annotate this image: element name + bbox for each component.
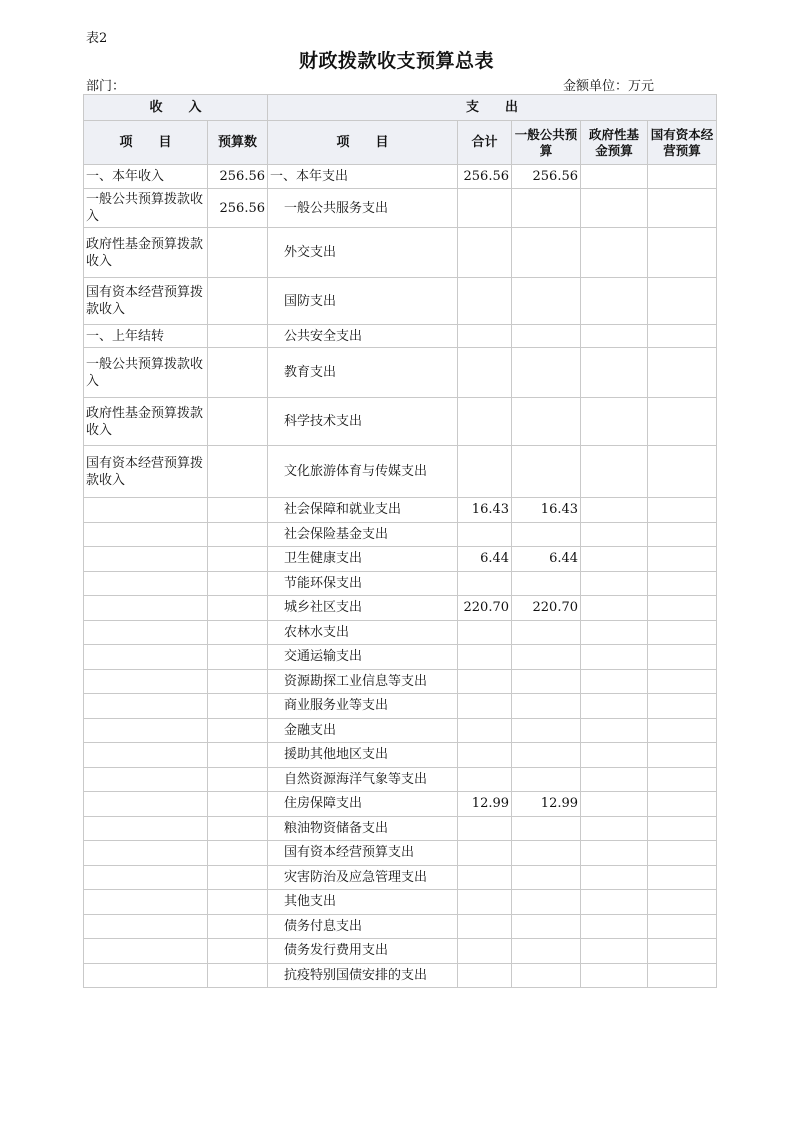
income-item-cell	[84, 547, 208, 572]
state-capital-cell	[648, 865, 717, 890]
expense-item-cell: 社会保障和就业支出	[268, 498, 458, 523]
table-row: 国有资本经营预算支出	[84, 841, 717, 866]
income-budget-cell	[208, 865, 268, 890]
general-budget-cell	[512, 669, 581, 694]
state-capital-cell	[648, 669, 717, 694]
gov-fund-cell	[581, 189, 648, 228]
table-row: 城乡社区支出220.70220.70	[84, 596, 717, 621]
table-row: 一般公共预算拨款收入256.56一般公共服务支出	[84, 189, 717, 228]
income-item-cell	[84, 718, 208, 743]
page-title: 财政拨款收支预算总表	[0, 46, 793, 73]
total-cell	[458, 522, 512, 547]
expense-item-cell: 债务发行费用支出	[268, 939, 458, 964]
table-row: 商业服务业等支出	[84, 694, 717, 719]
gov-fund-cell	[581, 645, 648, 670]
table-row: 抗疫特别国债安排的支出	[84, 963, 717, 988]
general-budget-cell: 12.99	[512, 792, 581, 817]
total-cell	[458, 767, 512, 792]
state-capital-cell	[648, 890, 717, 915]
table-row: 社会保障和就业支出16.4316.43	[84, 498, 717, 523]
state-capital-cell	[648, 547, 717, 572]
expense-item-cell: 住房保障支出	[268, 792, 458, 817]
state-capital-cell	[648, 792, 717, 817]
general-budget-cell	[512, 816, 581, 841]
general-budget-cell: 220.70	[512, 596, 581, 621]
total-cell	[458, 914, 512, 939]
total-cell	[458, 890, 512, 915]
income-item-cell: 一、本年收入	[84, 165, 208, 189]
expense-item-cell: 国防支出	[268, 278, 458, 325]
income-budget-cell	[208, 398, 268, 446]
table-row: 援助其他地区支出	[84, 743, 717, 768]
state-capital-cell	[648, 620, 717, 645]
total-cell	[458, 325, 512, 348]
state-capital-cell	[648, 228, 717, 278]
income-budget-cell	[208, 571, 268, 596]
state-capital-cell	[648, 645, 717, 670]
table-row: 资源勘探工业信息等支出	[84, 669, 717, 694]
col-income-budget: 预算数	[208, 121, 268, 165]
table-row: 社会保险基金支出	[84, 522, 717, 547]
gov-fund-cell	[581, 620, 648, 645]
total-cell: 12.99	[458, 792, 512, 817]
gov-fund-cell	[581, 718, 648, 743]
expense-item-cell: 援助其他地区支出	[268, 743, 458, 768]
gov-fund-cell	[581, 522, 648, 547]
income-budget-cell	[208, 718, 268, 743]
total-cell	[458, 865, 512, 890]
state-capital-cell	[648, 767, 717, 792]
income-budget-cell	[208, 325, 268, 348]
general-budget-cell	[512, 620, 581, 645]
general-budget-cell	[512, 767, 581, 792]
total-cell	[458, 189, 512, 228]
col-total: 合计	[458, 121, 512, 165]
table-row: 农林水支出	[84, 620, 717, 645]
income-budget-cell	[208, 816, 268, 841]
income-item-cell	[84, 694, 208, 719]
expense-item-cell: 商业服务业等支出	[268, 694, 458, 719]
general-budget-cell	[512, 914, 581, 939]
general-budget-cell	[512, 348, 581, 398]
expense-item-cell: 自然资源海洋气象等支出	[268, 767, 458, 792]
state-capital-cell	[648, 694, 717, 719]
general-budget-cell	[512, 571, 581, 596]
income-item-cell: 国有资本经营预算拨款收入	[84, 278, 208, 325]
state-capital-cell	[648, 963, 717, 988]
income-budget-cell	[208, 620, 268, 645]
state-capital-cell	[648, 189, 717, 228]
income-budget-cell	[208, 446, 268, 498]
state-capital-cell	[648, 398, 717, 446]
income-budget-cell	[208, 596, 268, 621]
general-budget-cell	[512, 189, 581, 228]
income-budget-cell	[208, 694, 268, 719]
expense-item-cell: 城乡社区支出	[268, 596, 458, 621]
total-cell	[458, 963, 512, 988]
total-cell	[458, 718, 512, 743]
gov-fund-cell	[581, 228, 648, 278]
expense-item-cell: 一般公共服务支出	[268, 189, 458, 228]
state-capital-cell	[648, 743, 717, 768]
general-budget-cell: 16.43	[512, 498, 581, 523]
general-budget-cell	[512, 718, 581, 743]
total-cell	[458, 398, 512, 446]
income-budget-cell: 256.56	[208, 189, 268, 228]
expense-item-cell: 国有资本经营预算支出	[268, 841, 458, 866]
state-capital-cell	[648, 348, 717, 398]
gov-fund-cell	[581, 743, 648, 768]
income-item-cell: 政府性基金预算拨款收入	[84, 398, 208, 446]
general-budget-cell	[512, 963, 581, 988]
gov-fund-cell	[581, 816, 648, 841]
gov-fund-cell	[581, 963, 648, 988]
expense-item-cell: 债务付息支出	[268, 914, 458, 939]
table-label: 表2	[86, 27, 107, 46]
gov-fund-cell	[581, 498, 648, 523]
gov-fund-cell	[581, 398, 648, 446]
total-cell	[458, 743, 512, 768]
state-capital-cell	[648, 841, 717, 866]
income-budget-cell	[208, 498, 268, 523]
state-capital-cell	[648, 914, 717, 939]
table-row: 债务付息支出	[84, 914, 717, 939]
gov-fund-cell	[581, 841, 648, 866]
income-budget-cell	[208, 669, 268, 694]
total-cell	[458, 841, 512, 866]
table-row: 灾害防治及应急管理支出	[84, 865, 717, 890]
total-cell	[458, 348, 512, 398]
income-budget-cell	[208, 939, 268, 964]
income-item-cell	[84, 865, 208, 890]
table-row: 政府性基金预算拨款收入科学技术支出	[84, 398, 717, 446]
general-budget-cell: 6.44	[512, 547, 581, 572]
state-capital-cell	[648, 165, 717, 189]
table-row: 债务发行费用支出	[84, 939, 717, 964]
income-item-cell	[84, 669, 208, 694]
income-budget-cell	[208, 841, 268, 866]
income-budget-cell	[208, 963, 268, 988]
general-budget-cell	[512, 325, 581, 348]
table-row: 一般公共预算拨款收入教育支出	[84, 348, 717, 398]
general-budget-cell	[512, 446, 581, 498]
income-budget-cell	[208, 743, 268, 768]
gov-fund-cell	[581, 547, 648, 572]
income-item-cell: 一般公共预算拨款收入	[84, 348, 208, 398]
income-budget-cell	[208, 348, 268, 398]
expense-item-cell: 资源勘探工业信息等支出	[268, 669, 458, 694]
gov-fund-cell	[581, 694, 648, 719]
expense-group-header: 支 出	[268, 95, 717, 121]
income-group-header: 收 入	[84, 95, 268, 121]
gov-fund-cell	[581, 571, 648, 596]
total-cell	[458, 694, 512, 719]
income-item-cell: 一般公共预算拨款收入	[84, 189, 208, 228]
table-row: 住房保障支出12.9912.99	[84, 792, 717, 817]
income-item-cell	[84, 914, 208, 939]
state-capital-cell	[648, 571, 717, 596]
group-header-row: 收 入 支 出	[84, 95, 717, 121]
general-budget-cell	[512, 645, 581, 670]
total-cell	[458, 278, 512, 325]
gov-fund-cell	[581, 446, 648, 498]
income-item-cell	[84, 498, 208, 523]
income-item-cell: 一、上年结转	[84, 325, 208, 348]
income-budget-cell	[208, 522, 268, 547]
state-capital-cell	[648, 325, 717, 348]
income-item-cell	[84, 890, 208, 915]
expense-item-cell: 金融支出	[268, 718, 458, 743]
gov-fund-cell	[581, 165, 648, 189]
expense-item-cell: 抗疫特别国债安排的支出	[268, 963, 458, 988]
income-item-cell	[84, 939, 208, 964]
gov-fund-cell	[581, 348, 648, 398]
table-row: 粮油物资储备支出	[84, 816, 717, 841]
gov-fund-cell	[581, 669, 648, 694]
total-cell: 16.43	[458, 498, 512, 523]
total-cell	[458, 669, 512, 694]
table-row: 自然资源海洋气象等支出	[84, 767, 717, 792]
state-capital-cell	[648, 596, 717, 621]
gov-fund-cell	[581, 596, 648, 621]
expense-item-cell: 社会保险基金支出	[268, 522, 458, 547]
income-item-cell	[84, 963, 208, 988]
income-item-cell	[84, 743, 208, 768]
total-cell	[458, 228, 512, 278]
total-cell: 6.44	[458, 547, 512, 572]
col-expense-item: 项 目	[268, 121, 458, 165]
gov-fund-cell	[581, 792, 648, 817]
income-budget-cell	[208, 645, 268, 670]
total-cell: 220.70	[458, 596, 512, 621]
general-budget-cell	[512, 522, 581, 547]
state-capital-cell	[648, 522, 717, 547]
expense-item-cell: 外交支出	[268, 228, 458, 278]
total-cell	[458, 620, 512, 645]
expense-item-cell: 文化旅游体育与传媒支出	[268, 446, 458, 498]
income-budget-cell	[208, 547, 268, 572]
department-label: 部门：	[86, 75, 125, 94]
gov-fund-cell	[581, 278, 648, 325]
income-item-cell	[84, 596, 208, 621]
state-capital-cell	[648, 498, 717, 523]
table-row: 其他支出	[84, 890, 717, 915]
state-capital-cell	[648, 446, 717, 498]
table-row: 国有资本经营预算拨款收入文化旅游体育与传媒支出	[84, 446, 717, 498]
budget-table: 收 入 支 出 项 目 预算数 项 目 合计 一般公共预算 政府性基金预算 国有…	[83, 94, 717, 988]
expense-item-cell: 公共安全支出	[268, 325, 458, 348]
expense-item-cell: 科学技术支出	[268, 398, 458, 446]
col-state-capital-budget: 国有资本经营预算	[648, 121, 717, 165]
income-item-cell	[84, 645, 208, 670]
table-row: 卫生健康支出6.446.44	[84, 547, 717, 572]
gov-fund-cell	[581, 865, 648, 890]
income-budget-cell	[208, 914, 268, 939]
table-row: 一、上年结转公共安全支出	[84, 325, 717, 348]
table-row: 一、本年收入256.56一、本年支出256.56256.56	[84, 165, 717, 189]
general-budget-cell	[512, 743, 581, 768]
general-budget-cell	[512, 865, 581, 890]
income-item-cell: 政府性基金预算拨款收入	[84, 228, 208, 278]
income-item-cell	[84, 620, 208, 645]
total-cell	[458, 645, 512, 670]
state-capital-cell	[648, 816, 717, 841]
gov-fund-cell	[581, 767, 648, 792]
gov-fund-cell	[581, 939, 648, 964]
state-capital-cell	[648, 278, 717, 325]
table-row: 国有资本经营预算拨款收入国防支出	[84, 278, 717, 325]
expense-item-cell: 卫生健康支出	[268, 547, 458, 572]
expense-item-cell: 一、本年支出	[268, 165, 458, 189]
column-header-row: 项 目 预算数 项 目 合计 一般公共预算 政府性基金预算 国有资本经营预算	[84, 121, 717, 165]
total-cell	[458, 571, 512, 596]
income-item-cell	[84, 522, 208, 547]
expense-item-cell: 灾害防治及应急管理支出	[268, 865, 458, 890]
income-budget-cell	[208, 792, 268, 817]
table-row: 节能环保支出	[84, 571, 717, 596]
table-row: 金融支出	[84, 718, 717, 743]
col-general-public-budget: 一般公共预算	[512, 121, 581, 165]
gov-fund-cell	[581, 325, 648, 348]
gov-fund-cell	[581, 914, 648, 939]
unit-label: 金额单位：万元	[563, 75, 654, 94]
total-cell	[458, 446, 512, 498]
total-cell	[458, 939, 512, 964]
income-budget-cell: 256.56	[208, 165, 268, 189]
income-item-cell	[84, 792, 208, 817]
expense-item-cell: 教育支出	[268, 348, 458, 398]
income-item-cell	[84, 767, 208, 792]
expense-item-cell: 节能环保支出	[268, 571, 458, 596]
state-capital-cell	[648, 718, 717, 743]
general-budget-cell	[512, 228, 581, 278]
expense-item-cell: 交通运输支出	[268, 645, 458, 670]
expense-item-cell: 粮油物资储备支出	[268, 816, 458, 841]
col-gov-fund-budget: 政府性基金预算	[581, 121, 648, 165]
income-budget-cell	[208, 767, 268, 792]
income-budget-cell	[208, 278, 268, 325]
income-item-cell: 国有资本经营预算拨款收入	[84, 446, 208, 498]
total-cell: 256.56	[458, 165, 512, 189]
expense-item-cell: 农林水支出	[268, 620, 458, 645]
general-budget-cell	[512, 398, 581, 446]
table-row: 交通运输支出	[84, 645, 717, 670]
total-cell	[458, 816, 512, 841]
general-budget-cell	[512, 939, 581, 964]
col-income-item: 项 目	[84, 121, 208, 165]
general-budget-cell: 256.56	[512, 165, 581, 189]
general-budget-cell	[512, 890, 581, 915]
expense-item-cell: 其他支出	[268, 890, 458, 915]
gov-fund-cell	[581, 890, 648, 915]
income-budget-cell	[208, 228, 268, 278]
income-item-cell	[84, 841, 208, 866]
income-item-cell	[84, 571, 208, 596]
general-budget-cell	[512, 278, 581, 325]
state-capital-cell	[648, 939, 717, 964]
table-row: 政府性基金预算拨款收入外交支出	[84, 228, 717, 278]
general-budget-cell	[512, 694, 581, 719]
income-budget-cell	[208, 890, 268, 915]
general-budget-cell	[512, 841, 581, 866]
income-item-cell	[84, 816, 208, 841]
